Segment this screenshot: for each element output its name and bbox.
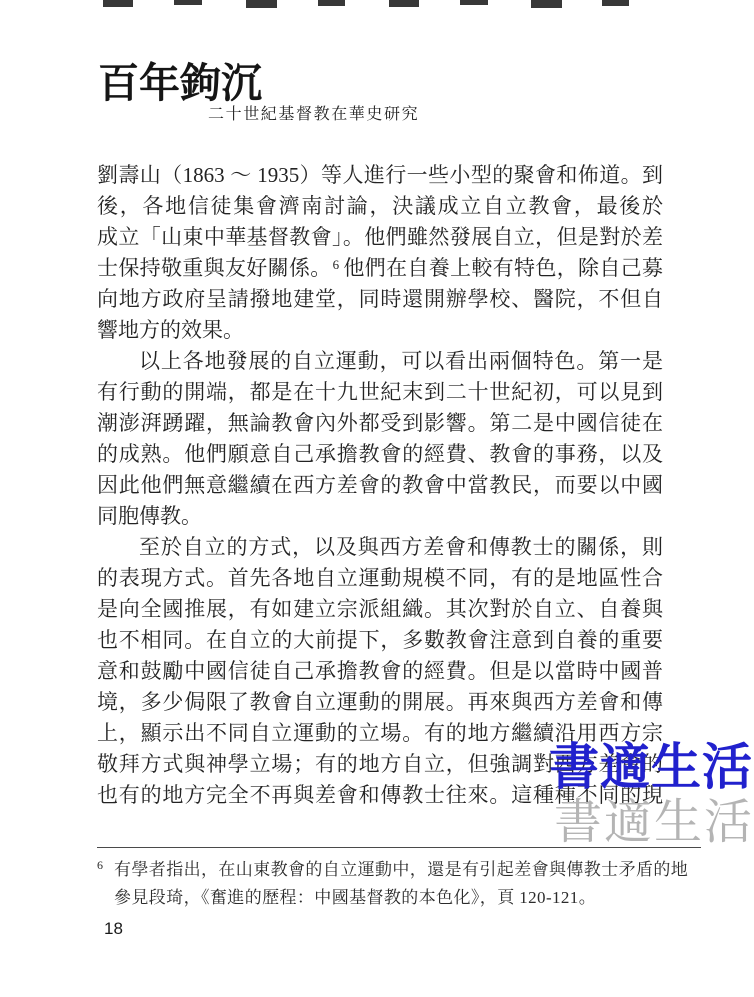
body-line: 因此他們無意繼續在西方差會的教會中當教民，而要以中國人的身分向	[97, 470, 663, 501]
body-line: 成立「山東中華基督教會」。他們雖然發展自立，但是對於差會和傳教	[97, 222, 663, 253]
body-line: 後，各地信徒集會濟南討論，決議成立自立教會，最後於 1915 年正式	[97, 191, 663, 222]
glyph-fragment	[318, 0, 345, 6]
footnote-line: 參見段琦，《奮進的歷程：中國基督教的本色化》，頁 120-121。	[114, 884, 703, 912]
footnote: 6 有學者指出，在山東教會的自立運動中，還是有引起差會與傳教士矛盾的地方。 參見…	[97, 856, 703, 912]
scanned-book-page: 百年鉤沉 二十世紀基督教在華史研究 劉壽山（1863 ～ 1935）等人進行一些…	[0, 0, 754, 997]
book-subtitle: 二十世紀基督教在華史研究	[208, 101, 419, 124]
watermark-blue: 書適生活	[549, 742, 753, 792]
glyph-fragment	[103, 0, 133, 7]
body-line: 是向全國推展，有如建立宗派組織。其次對於自立、自養與自傳的側重	[97, 594, 663, 625]
body-line-text: 士保持敬重與友好關係。	[97, 256, 332, 280]
watermark-gray: 書適生活	[554, 799, 754, 847]
footnote-marker: 6	[97, 859, 103, 871]
body-line: 有行動的開端，都是在十九世紀末到二十世紀初，可以見到當時民族思	[97, 377, 663, 408]
body-line: 意和鼓勵中國信徒自己承擔教會的經費。但是以當時中國普遍貧窮的環	[97, 656, 663, 687]
glyph-fragment	[602, 0, 629, 6]
body-line: 也不相同。在自立的大前提下，多數教會注意到自養的重要性，也願	[97, 625, 663, 656]
glyph-fragment	[531, 0, 562, 8]
body-line: 向地方政府呈請撥地建堂，同時還開辦學校、醫院，不但自養還達到影	[97, 284, 663, 315]
body-line: 的成熟。他們願意自己承擔教會的經費、教會的事務，以及向外的宣教。	[97, 439, 663, 470]
body-line: 的表現方式。首先各地自立運動規模不同，有的是地區性合作行為，或	[97, 563, 663, 594]
body-line: 劉壽山（1863 ～ 1935）等人進行一些小型的聚會和佈道。到民國成立	[97, 160, 663, 191]
body-line: 潮澎湃踴躍，無論教會內外都受到影響。第二是中國信徒在宣教使命感	[97, 408, 663, 439]
body-line: 至於自立的方式，以及與西方差會和傳教士的關係，則有相當多元	[97, 532, 663, 563]
glyph-fragment	[389, 0, 419, 7]
footnote-reference-6: 6	[333, 257, 340, 272]
footnote-separator	[97, 847, 701, 848]
page-number: 18	[104, 919, 123, 939]
glyph-fragment	[174, 0, 202, 5]
body-text: 劉壽山（1863 ～ 1935）等人進行一些小型的聚會和佈道。到民國成立 後，各…	[97, 160, 663, 811]
body-line: 士保持敬重與友好關係。6他們在自養上較有特色，除自己募捐外，亦	[97, 253, 663, 284]
glyph-fragment	[246, 0, 277, 8]
body-line: 響地方的效果。	[97, 315, 663, 346]
body-line: 境，多少侷限了教會自立運動的開展。再來與西方差會和傳教士的關係	[97, 687, 663, 718]
body-line: 同胞傳教。	[97, 501, 663, 532]
footnote-line: 有學者指出，在山東教會的自立運動中，還是有引起差會與傳教士矛盾的地方。	[114, 856, 703, 884]
glyph-fragment	[460, 0, 488, 5]
body-line: 以上各地發展的自立運動，可以看出兩個特色。第一是時代性。所	[97, 346, 663, 377]
